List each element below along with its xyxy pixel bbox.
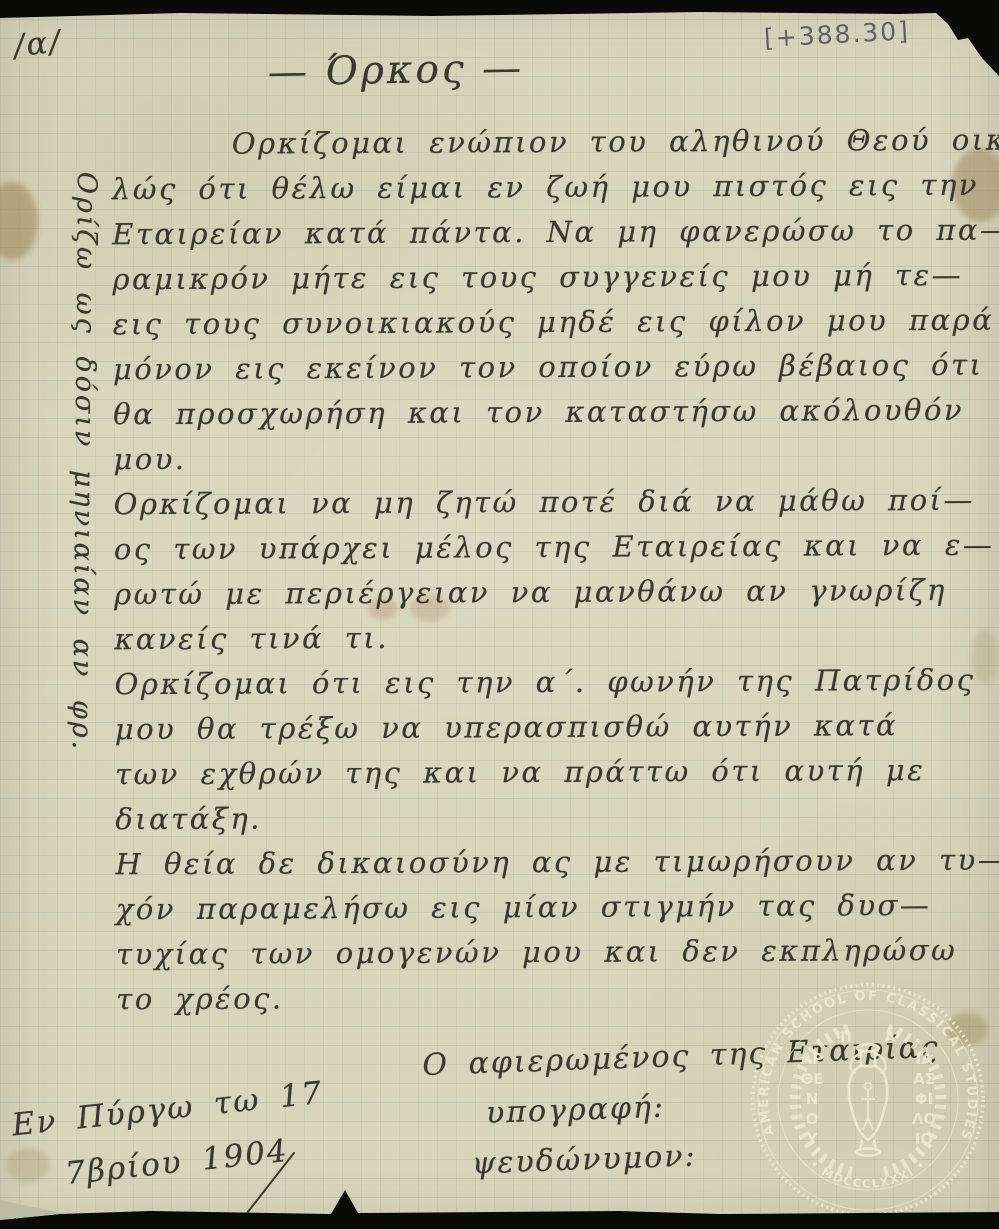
text-line: Η θεία δε δικαιοσύνη ας με τιμωρήσουν αν… <box>115 838 986 888</box>
seal-letter: ΦΙ <box>915 1090 933 1108</box>
seal-letter: Ο <box>806 1110 819 1128</box>
seal-letter: ΙΟ <box>915 1130 933 1148</box>
paragraph-3: Ορκίζομαι ότι εις την α΄. φωνήν της Πατρ… <box>114 658 986 843</box>
text-line: μόνον εις εκείνον τον οποίον εύρω βέβαιο… <box>113 343 984 393</box>
seal-letter: ΙΑ <box>915 1050 933 1068</box>
catalog-mark: [+388.30] <box>763 16 910 53</box>
text-line: Ορκίζομαι ενώπιον του αληθινού Θεού οικε… <box>112 118 983 168</box>
seal-year: • MDCCCLXXXI • <box>807 1157 929 1191</box>
margin-note: Ορίζω ως δόσιν μηνιαίαν αν φρ. <box>66 172 102 753</box>
seal-letter: Α <box>885 1030 896 1046</box>
text-line: μου. <box>113 433 984 483</box>
paper-stain <box>0 182 38 260</box>
text-line: ος των υπάρχει μέλος της Εταιρείας και ν… <box>114 523 985 573</box>
text-line: εις τους συνοικιακούς μηδέ εις φίλον μου… <box>113 298 984 348</box>
seal-letter: Π <box>840 1030 852 1046</box>
document-title: — Όρκος — <box>228 45 565 96</box>
scan-background: { "page": { "page_mark": "/α/", "catalog… <box>0 0 999 1229</box>
seal-letter: Υ <box>806 1130 819 1148</box>
seal-letter: ΑΡ <box>801 1050 824 1068</box>
text-line: Ορκίζομαι να μη ζητώ ποτέ διά να μάθω πο… <box>114 478 985 528</box>
seal-letter: Ν <box>806 1090 819 1108</box>
dateline-block: Εν Πύργω τω 17 7βρίου 1904 <box>9 1066 331 1206</box>
paragraph-1: Ορκίζομαι ενώπιον του αληθινού Θεού οικε… <box>112 118 985 483</box>
text-line: Ορκίζομαι ότι εις την α΄. φωνήν της Πατρ… <box>114 658 985 708</box>
seal-letter: ΘΕ <box>801 1070 824 1088</box>
paragraph-2: Ορκίζομαι να μη ζητώ ποτέ διά να μάθω πο… <box>114 478 986 663</box>
seal-figure <box>861 1083 875 1130</box>
text-line: Εταιρείαν κατά πάντα. Να μη φανερώσω το … <box>112 208 983 258</box>
text-line: τυχίας των ομογενών μου και δεν εκπληρώσ… <box>116 928 987 978</box>
text-line: χόν παραμελήσω εις μίαν στιγμήν τας δυσ— <box>116 883 987 933</box>
seal-letter: ΑΣ <box>913 1070 935 1088</box>
text-line: ραμικρόν μήτε εις τους συγγενείς μου μή … <box>112 253 983 303</box>
text-line: κανείς τινά τι. <box>114 613 985 663</box>
page-number-mark: /α/ <box>12 24 63 65</box>
text-line: διατάξη. <box>115 793 986 843</box>
seal-amphora <box>849 1044 887 1155</box>
text-line: ρωτώ με περιέργειαν να μανθάνω αν γνωρίζ… <box>114 568 985 618</box>
document-paper: /α/ [+388.30] — Όρκος — Ορίζω ως δόσιν μ… <box>0 0 999 1229</box>
seal-letter: ΛΟ <box>912 1110 936 1128</box>
library-seal: AMERICAN SCHOOL OF CLASSICAL STUDIES AT … <box>746 978 990 1222</box>
body-text: Ορκίζομαι ενώπιον του αληθινού Θεού οικε… <box>112 118 988 1023</box>
text-line: θα προσχωρήση και τον καταστήσω ακόλουθό… <box>113 388 984 438</box>
text-line: λώς ότι θέλω είμαι εν ζωή μου πιστός εις… <box>112 163 983 213</box>
text-line: μου θα τρέξω να υπερασπισθώ αυτήν κατά <box>115 703 986 753</box>
text-line: των εχθρών της και να πράττω ότι αυτή με <box>115 748 986 798</box>
